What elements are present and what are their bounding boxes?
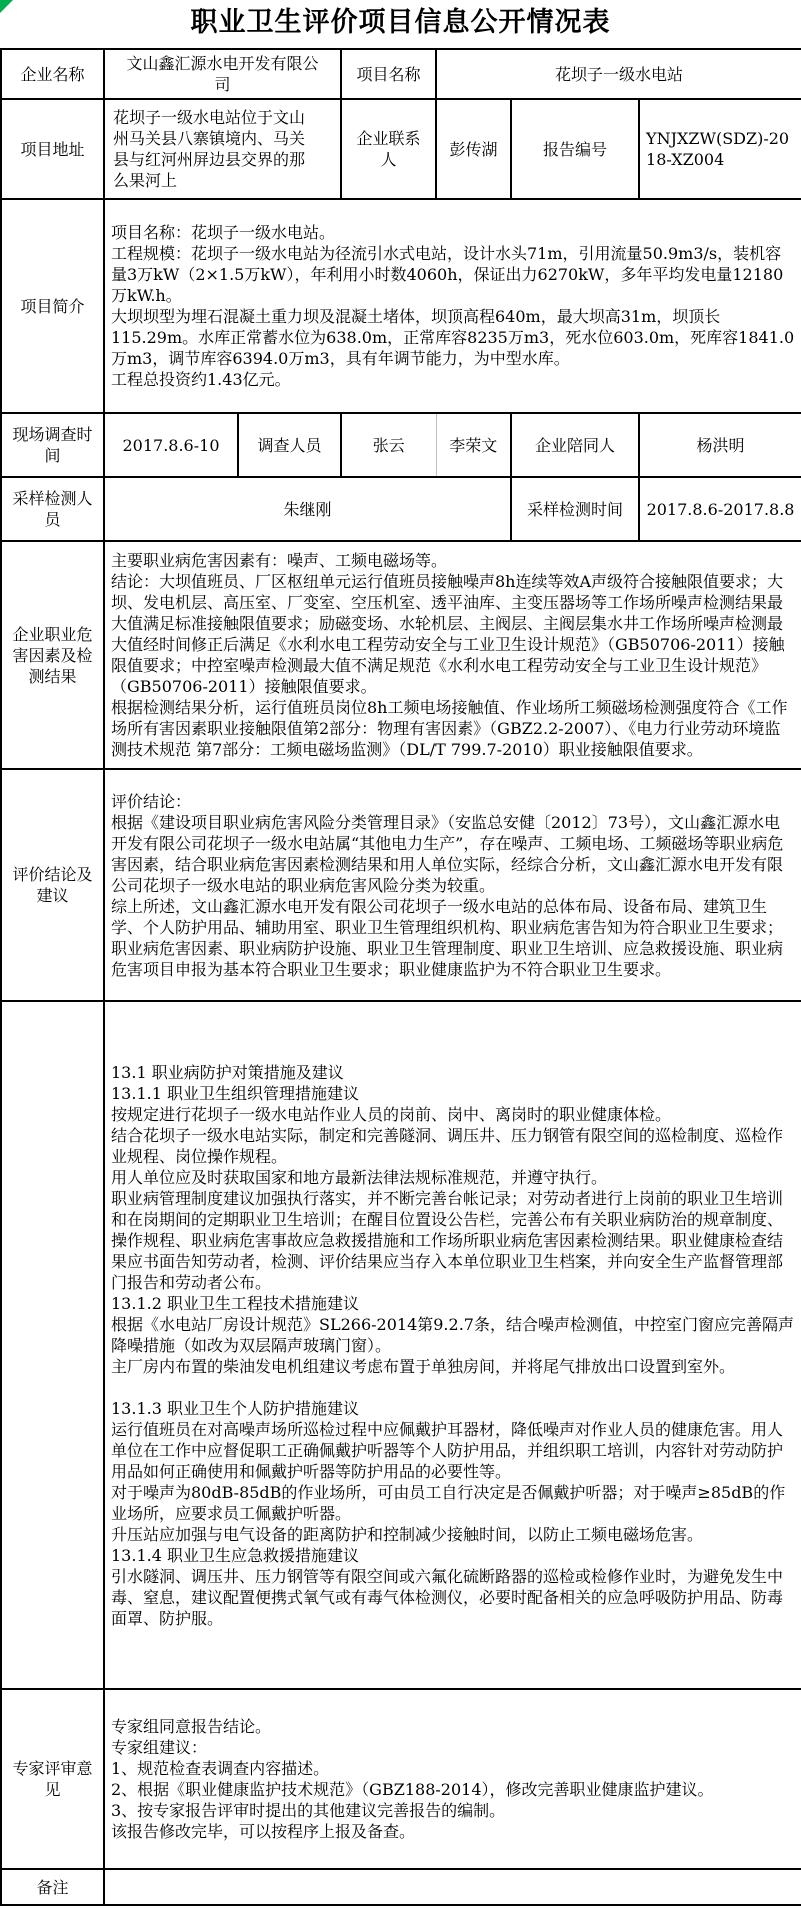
cell-remarks-label: 备注 xyxy=(1,1869,104,1905)
cell-survey-time-value: 2017.8.6-10 xyxy=(104,413,238,477)
row-address-contact: 项目地址 花坝子一级水电站位于文山州马关县八寨镇境内、马关县与红河州屏边县交界的… xyxy=(1,99,801,199)
cell-conclusion-label: 评价结论及建议 xyxy=(1,769,104,1001)
cell-contact-value: 彭传湖 xyxy=(436,99,511,199)
cell-surveyor-1: 张云 xyxy=(341,413,436,477)
cell-company-value: 文山鑫汇源水电开发有限公司 xyxy=(104,49,341,99)
cell-sampler-value: 朱继刚 xyxy=(104,477,511,541)
row-project-summary: 项目简介 项目名称：花坝子一级水电站。 工程规模：花坝子一级水电站为径流引水式电… xyxy=(1,199,801,413)
cell-project-address-label: 项目地址 xyxy=(1,99,104,199)
page-title: 职业卫生评价项目信息公开情况表 xyxy=(0,0,801,48)
cell-summary-content: 项目名称：花坝子一级水电站。 工程规模：花坝子一级水电站为径流引水式电站，设计水… xyxy=(104,199,801,413)
row-company-project: 企业名称 文山鑫汇源水电开发有限公司 项目名称 花坝子一级水电站 xyxy=(1,49,801,99)
cell-company-label: 企业名称 xyxy=(1,49,104,99)
cell-recommendations-content: 13.1 职业病防护对策措施及建议 13.1.1 职业卫生组织管理措施建议 按规… xyxy=(104,1001,801,1689)
cell-expert-review-content: 专家组同意报告结论。 专家组建议： 1、规范检查表调查内容描述。 2、根据《职业… xyxy=(104,1689,801,1869)
cell-survey-time-label: 现场调查时间 xyxy=(1,413,104,477)
cell-contact-label: 企业联系人 xyxy=(341,99,436,199)
cell-project-name-label: 项目名称 xyxy=(341,49,436,99)
cell-escort-label: 企业陪同人 xyxy=(511,413,639,477)
cell-surveyor-2: 李荣文 xyxy=(436,413,511,477)
row-sampling: 采样检测人员 朱继刚 采样检测时间 2017.8.6-2017.8.8 xyxy=(1,477,801,541)
excel-corner-marker-icon xyxy=(0,0,13,13)
cell-project-address-value: 花坝子一级水电站位于文山州马关县八寨镇境内、马关县与红河州屏边县交界的那么果河上 xyxy=(104,99,341,199)
cell-project-name-value: 花坝子一级水电站 xyxy=(436,49,801,99)
row-evaluation-conclusion: 评价结论及建议 评价结论： 根据《建设项目职业病危害风险分类管理目录》（安监总安… xyxy=(1,769,801,1001)
row-expert-review: 专家评审意见 专家组同意报告结论。 专家组建议： 1、规范检查表调查内容描述。 … xyxy=(1,1689,801,1869)
cell-summary-label: 项目简介 xyxy=(1,199,104,413)
disclosure-form-page: 职业卫生评价项目信息公开情况表 企业名称 文山鑫汇源水电开发有限公司 项目名称 … xyxy=(0,0,801,1906)
cell-escort-value: 杨洪明 xyxy=(639,413,801,477)
cell-expert-review-label: 专家评审意见 xyxy=(1,1689,104,1869)
cell-recommendations-label xyxy=(1,1001,104,1689)
cell-hazards-label: 企业职业危害因素及检测结果 xyxy=(1,541,104,769)
row-protection-recommendations: 13.1 职业病防护对策措施及建议 13.1.1 职业卫生组织管理措施建议 按规… xyxy=(1,1001,801,1689)
cell-sampler-label: 采样检测人员 xyxy=(1,477,104,541)
row-remarks: 备注 xyxy=(1,1869,801,1905)
row-site-survey: 现场调查时间 2017.8.6-10 调查人员 张云 李荣文 企业陪同人 杨洪明 xyxy=(1,413,801,477)
cell-conclusion-content: 评价结论： 根据《建设项目职业病危害风险分类管理目录》（安监总安健〔2012〕7… xyxy=(104,769,801,1001)
cell-surveyors-label: 调查人员 xyxy=(238,413,341,477)
cell-sampling-time-value: 2017.8.6-2017.8.8 xyxy=(639,477,801,541)
cell-sampling-time-label: 采样检测时间 xyxy=(511,477,639,541)
cell-hazards-content: 主要职业病危害因素有：噪声、工频电磁场等。 结论：大坝值班员、厂区枢纽单元运行值… xyxy=(104,541,801,769)
disclosure-table: 企业名称 文山鑫汇源水电开发有限公司 项目名称 花坝子一级水电站 项目地址 花坝… xyxy=(0,48,801,1906)
cell-report-no-value: YNJXZW(SDZ)-2018-XZ004 xyxy=(639,99,801,199)
cell-remarks-value xyxy=(104,1869,801,1905)
cell-report-no-label: 报告编号 xyxy=(511,99,639,199)
row-hazard-factors: 企业职业危害因素及检测结果 主要职业病危害因素有：噪声、工频电磁场等。 结论：大… xyxy=(1,541,801,769)
